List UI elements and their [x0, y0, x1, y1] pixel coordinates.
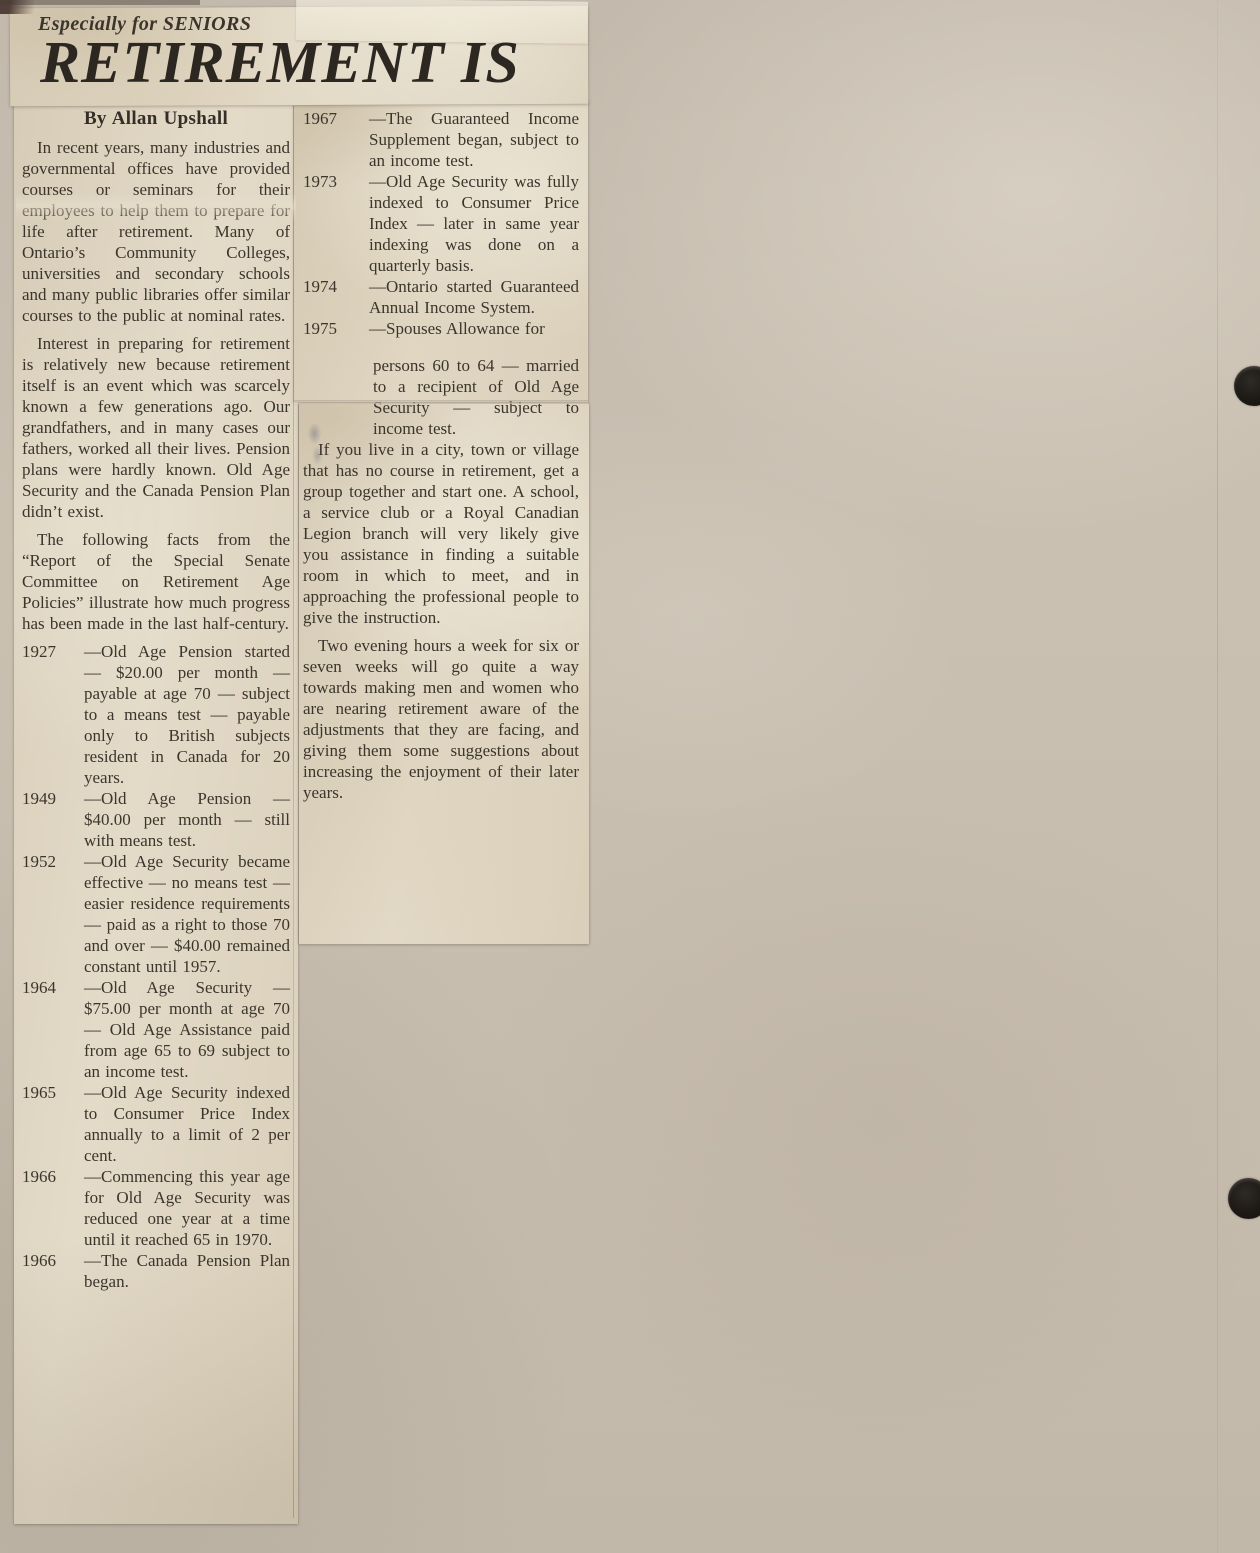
timeline-year: 1965: [22, 1082, 56, 1103]
timeline-year: 1974: [303, 276, 337, 297]
timeline-year: 1973: [303, 171, 337, 192]
timeline-year: 1964: [22, 977, 56, 998]
timeline-text: —Old Age Pension — $40.00 per month — st…: [22, 788, 290, 851]
timeline-year: 1966: [22, 1166, 56, 1187]
clipping-seam: [294, 400, 588, 404]
paragraph-senate-report: The following facts from the “Report of …: [22, 529, 290, 634]
binder-hole-bottom: [1228, 1178, 1260, 1219]
byline: By Allan Upshall: [22, 108, 290, 129]
timeline-entry-1975: 1975 —Spouses Allowance for persons 60 t…: [303, 318, 579, 439]
timeline-text: —Spouses Allowance for: [303, 318, 579, 339]
right-column: 1967 —The Guaranteed Income Supplement b…: [303, 106, 579, 803]
timeline-year: 1967: [303, 108, 337, 129]
timeline-year: 1975: [303, 318, 337, 339]
timeline-year: 1927: [22, 641, 56, 662]
timeline-entry-1949: 1949 —Old Age Pension — $40.00 per month…: [22, 788, 290, 851]
timeline-entry-1974: 1974 —Ontario started Guaranteed Annual …: [303, 276, 579, 318]
timeline-text: —Old Age Security was fully indexed to C…: [303, 171, 579, 276]
paragraph-interest: Interest in preparing for retirement is …: [22, 333, 290, 522]
timeline-text: —Old Age Security — $75.00 per month at …: [22, 977, 290, 1082]
timeline-entry-1927: 1927 —Old Age Pension started — $20.00 p…: [22, 641, 290, 788]
timeline-entry-1952: 1952 —Old Age Security became effective …: [22, 851, 290, 977]
scrapbook-page: Especially for SENIORS RETIREMENT IS By …: [0, 0, 1260, 1553]
timeline-year: 1949: [22, 788, 56, 809]
timeline-left: 1927 —Old Age Pension started — $20.00 p…: [22, 641, 290, 1292]
timeline-entry-1966-cpp: 1966 —The Canada Pension Plan began.: [22, 1250, 290, 1292]
paragraph-evening-hours: Two evening hours a week for six or seve…: [303, 635, 579, 803]
timeline-text: —The Canada Pension Plan began.: [22, 1250, 290, 1292]
timeline-text: —Old Age Pension started — $20.00 per mo…: [22, 641, 290, 788]
timeline-entry-1965: 1965 —Old Age Security indexed to Consum…: [22, 1082, 290, 1166]
headline: RETIREMENT IS: [40, 28, 591, 97]
timeline-year: 1966: [22, 1250, 56, 1271]
timeline-text: —Ontario started Guaranteed Annual Incom…: [303, 276, 579, 318]
timeline-text: —Commencing this year age for Old Age Se…: [22, 1166, 290, 1250]
timeline-entry-1964: 1964 —Old Age Security — $75.00 per mont…: [22, 977, 290, 1082]
timeline-text: —Old Age Security indexed to Consumer Pr…: [22, 1082, 290, 1166]
left-column: By Allan Upshall In recent years, many i…: [22, 106, 290, 1292]
paragraph-start-a-group: If you live in a city, town or village t…: [303, 439, 579, 628]
timeline-entry-1973: 1973 —Old Age Security was fully indexed…: [303, 171, 579, 276]
paragraph-intro: In recent years, many industries and gov…: [22, 137, 290, 326]
timeline-entry-1967: 1967 —The Guaranteed Income Supplement b…: [303, 108, 579, 171]
timeline-entry-1966-oas: 1966 —Commencing this year age for Old A…: [22, 1166, 290, 1250]
timeline-text: —Old Age Security became effective — no …: [22, 851, 290, 977]
timeline-year: 1952: [22, 851, 56, 872]
worn-smear-band: [16, 194, 296, 220]
binder-hole-top: [1234, 366, 1260, 406]
timeline-right: 1967 —The Guaranteed Income Supplement b…: [303, 108, 579, 439]
ink-smudge: [301, 418, 331, 470]
page-top-edge-shadow: [0, 0, 200, 5]
timeline-text: —The Guaranteed Income Supplement began,…: [303, 108, 579, 171]
column-rule: [293, 106, 294, 1518]
page-crease: [1217, 0, 1218, 1553]
timeline-text-continuation: persons 60 to 64 — married to a recipien…: [303, 355, 579, 439]
